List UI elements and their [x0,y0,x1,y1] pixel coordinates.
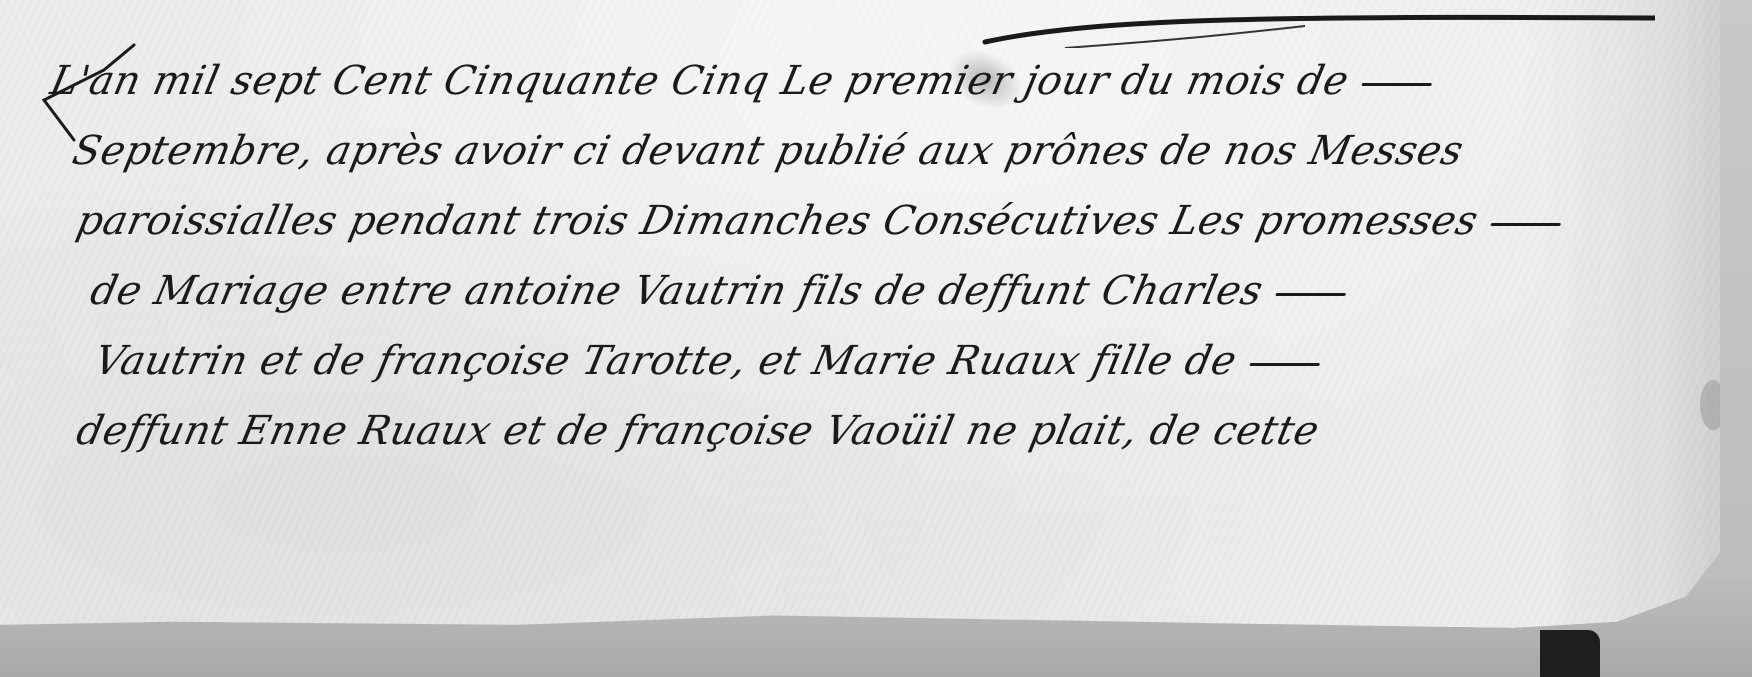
manuscript-line-text: Septembre, après avoir ci devant publié … [66,116,1470,186]
manuscript-line: Vautrin et de françoise Tarotte, et Mari… [44,326,1699,396]
manuscript-line: paroissialles pendant trois Dimanches Co… [44,186,1699,256]
manuscript-line-text: de Mariage entre antoine Vautrin fils de… [84,256,1270,326]
manuscript-line: de Mariage entre antoine Vautrin fils de… [44,256,1699,326]
binding-clip [1540,630,1600,677]
manuscript-line-text: Vautrin et de françoise Tarotte, et Mari… [88,326,1243,396]
manuscript-line: Septembre, après avoir ci devant publié … [44,116,1699,186]
manuscript-line: L'an mil sept Cent Cinquante Cinq Le pre… [44,46,1699,116]
manuscript-page: L'an mil sept Cent Cinquante Cinq Le pre… [0,0,1720,628]
top-flourish-stroke [975,8,1655,48]
line-filler-dash [1249,363,1320,366]
manuscript-line: deffunt Enne Ruaux et de françoise Vaoüi… [44,396,1699,466]
manuscript-line-text: paroissialles pendant trois Dimanches Co… [70,186,1485,256]
line-filler-dash [1361,83,1432,86]
handwritten-text-block: L'an mil sept Cent Cinquante Cinq Le pre… [44,46,1684,466]
line-filler-dash [1490,223,1561,226]
manuscript-line-text: L'an mil sept Cent Cinquante Cinq Le pre… [44,46,1356,116]
line-filler-dash [1275,293,1346,296]
manuscript-line-text: deffunt Enne Ruaux et de françoise Vaoüi… [70,396,1326,466]
